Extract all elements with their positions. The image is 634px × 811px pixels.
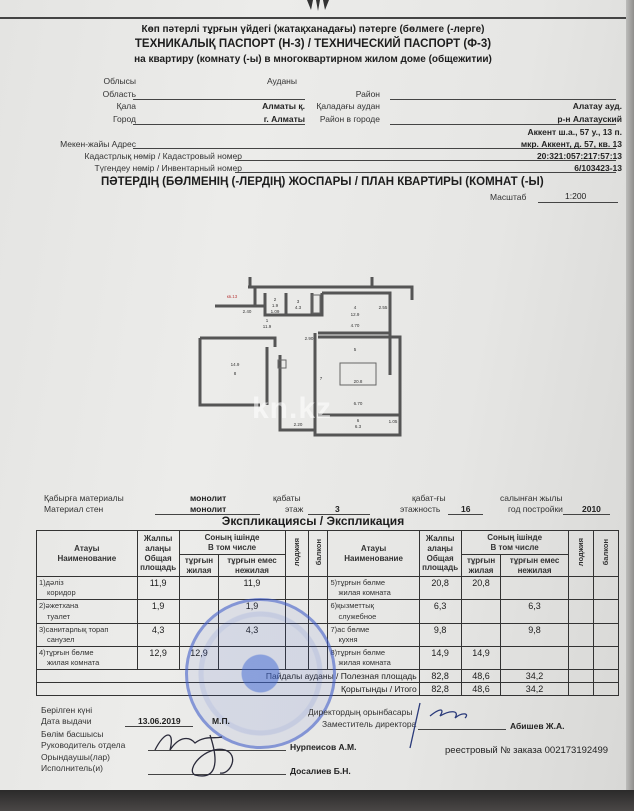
background-surface [0,790,634,811]
plan-room-4-height: 2.55 [379,305,388,310]
rayon-v-gorode-value-ru: р-н Алатауский [557,114,622,124]
rayon-v-gorode-line [390,124,616,125]
plan-room-5: 5 [354,347,357,352]
table-row: 1)дәлізкоридор 11,9 11,9 5)тұрғын бөлмеж… [37,577,619,600]
col-balcony-left: балкон [308,531,328,577]
plan-room-7: 7 [320,376,323,381]
col-incl-right: Соның ішіндеВ том числе [461,531,568,555]
scale-value: 1:200 [565,191,586,201]
table-row: 2)әжетханатуалет 1,9 1,9 6)қызметтықслуж… [37,600,619,623]
floors-label-ru: этажность [400,504,440,514]
plan-room-8: 8 [234,371,237,376]
floors-label-kz: қабат-ғы [412,493,446,503]
plan-room-2: 2 [274,297,277,302]
kala-label: Қала [117,101,136,111]
oblys-label: Облысы [103,76,136,86]
plan-room-5-dim: 6.70 [354,401,363,406]
plan-room-4-dim: 4.70 [351,323,360,328]
wall-value-ru: монолит [190,504,226,514]
header-line-ru: на квартиру (комнату (-ы) в многоквартир… [0,54,626,65]
address-label: Мекен-жайы Адрес [60,139,136,149]
inventory-line [235,172,616,173]
document-title: ТЕХНИКАЛЫҚ ПАСПОРТ (Н-3) / ТЕХНИЧЕСКИЙ П… [0,38,626,50]
cadastral-label: Кадастрлық нөмір / Кадастровый номер [85,151,242,161]
gorod-value-ru: г. Алматы [264,114,305,124]
plan-room-2-area: 1.9 [272,303,279,308]
col-incl-left: Соның ішіндеВ том числе [179,531,285,555]
issued-label-ru: Дата выдачи [41,716,92,726]
plan-room-4: 4 [354,305,357,310]
col-balcony-right: балкон [593,531,618,577]
year-label-kz: салынған жылы [500,493,563,503]
watermark: kn.kz [252,392,332,426]
head-label-kz: Бөлім басшысы [41,729,103,739]
floor-label-ru: этаж [285,504,303,514]
signature-deputy [400,698,520,758]
rayon-label: Район [356,89,380,99]
plan-room-3-area: 4.3 [295,305,302,310]
col-total-right: Жалпы алаңыОбщая площадь [419,531,461,577]
floors-value: 16 [461,504,470,514]
paper-edge [626,0,634,790]
plan-dim-d1: 2.40 [243,309,252,314]
gorod-label: Город [113,114,136,124]
plan-room-2-dim: 1.09 [271,309,280,314]
wall-material-label-kz: Қабырға материалы [44,493,124,503]
plan-dim-d2: 2.90 [305,336,314,341]
plan-room-1: 1 [266,318,269,323]
plan-title: ПӘТЕРДІҢ (БӨЛМЕНІҢ (-ЛЕРДІҢ) ЖОСПАРЫ / П… [101,176,544,188]
oblast-line [133,99,305,100]
plan-room-4-area: 12.9 [351,312,360,317]
plan-label-apt: кв.13 [227,294,238,299]
deputy-label-kz: Директордың орынбасары [308,707,412,717]
col-nonliving-left: тұрғын емеснежилая [219,555,285,577]
gorod-value-kz: Алматы қ. [262,101,305,111]
issued-label-kz: Берілген күні [41,705,92,715]
header-line-kz: Көп пәтерлі тұрғын үйдегі (жатақханадағы… [0,24,626,35]
header-rule [0,17,626,19]
col-living-left: тұрғынжилая [179,555,219,577]
head-name: Нурпеисов А.М. [290,742,356,752]
year-value: 2010 [582,504,601,514]
head-label-ru: Руководитель отдела [41,740,125,750]
exec-label-ru: Исполнитель(и) [41,763,103,773]
exec-name: Досалиев Б.Н. [290,766,351,776]
col-total-left: Жалпы алаңыОбщая площадь [137,531,179,577]
exec-label-kz: Орындаушы(лар) [41,752,110,762]
wall-material-label-ru: Материал стен [44,504,103,514]
plan-room-5-area: 20.8 [354,379,363,384]
floor-value: 3 [335,504,340,514]
wall-value-kz: монолит [190,493,226,503]
col-living-right: тұрғынжилая [461,555,501,577]
floor-label-kz: қабаты [273,493,301,503]
col-loggia-left: лоджия [285,531,308,577]
col-name-left: АтауыНаименование [37,531,138,577]
oblast-label: Область [103,89,136,99]
audany-label: Ауданы [267,76,297,86]
rayon-v-gorode-value-kz: Алатау ауд. [573,101,622,111]
signature-head [150,725,260,785]
address-line [133,148,616,149]
explication-title: Экспликациясы / Экспликация [0,514,626,528]
scale-line [538,202,618,203]
plan-room-8-area: 14.9 [231,362,240,367]
plan-room-6-dim: 1.05 [389,419,398,424]
col-loggia-right: лоджия [568,531,593,577]
gorod-line [133,124,305,125]
scale-label: Масштаб [490,192,526,202]
kaladagy-audan-label: Қаладағы аудан [316,101,380,111]
plan-room-3: 3 [297,299,300,304]
inventory-label: Түгендеу нөмір / Инвентарный номер [95,163,242,173]
cadastral-line [235,160,616,161]
emblem-icon [303,0,333,12]
col-name-right: АтауыНаименование [328,531,419,577]
rayon-v-gorode-label: Район в городе [320,114,380,124]
plan-room-6-area: 6.3 [355,424,362,429]
address-value-kz: Аккент ш.а., 57 у., 13 п. [528,127,622,137]
plan-room-1-area: 11.9 [263,324,272,329]
year-label-ru: год постройки [508,504,563,514]
plan-room-6: 6 [357,418,360,423]
col-nonliving-right: тұрғын емеснежилая [501,555,568,577]
rayon-line [390,99,616,100]
